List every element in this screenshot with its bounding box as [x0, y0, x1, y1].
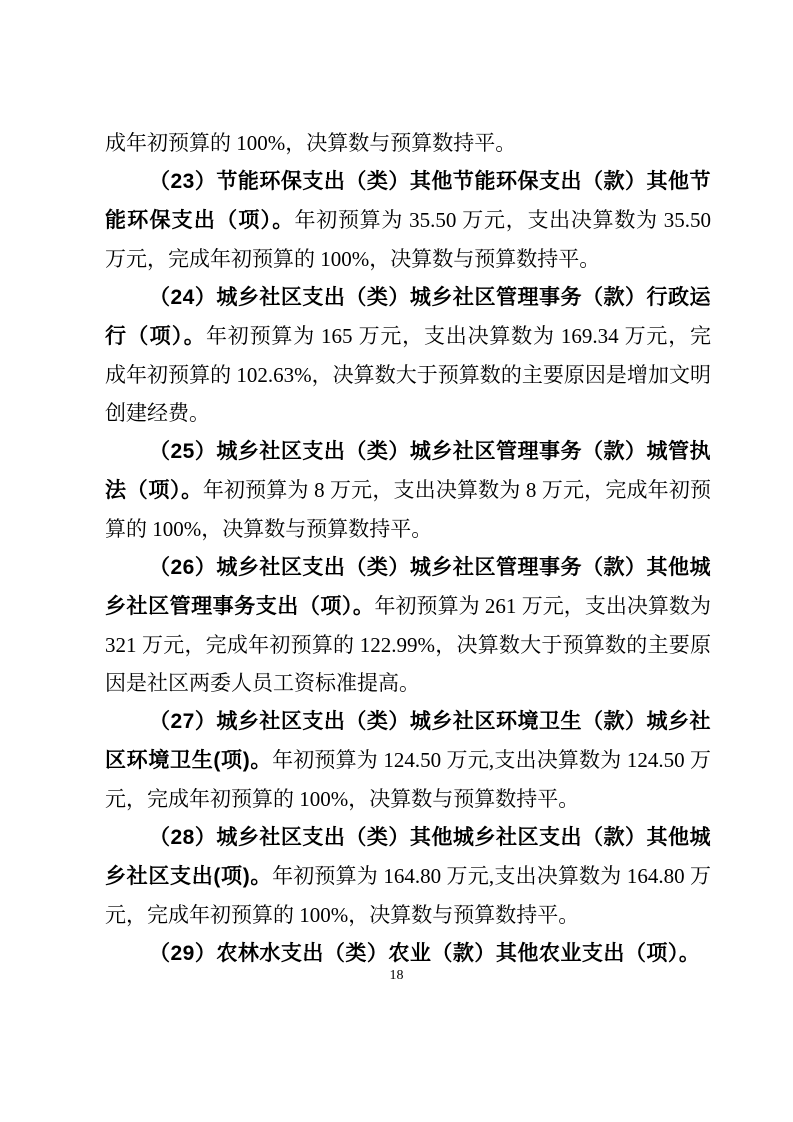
paragraph-continuation: 成年初预算的 100%，决算数与预算数持平。	[105, 124, 711, 162]
paragraph-item-27: （27）城乡社区支出（类）城乡社区环境卫生（款）城乡社区环境卫生(项)。年初预算…	[105, 702, 711, 818]
document-page: 成年初预算的 100%，决算数与预算数持平。 （23）节能环保支出（类）其他节能…	[0, 0, 793, 1122]
document-body: 成年初预算的 100%，决算数与预算数持平。 （23）节能环保支出（类）其他节能…	[105, 124, 711, 973]
page-number: 18	[0, 968, 793, 984]
paragraph-item-23: （23）节能环保支出（类）其他节能环保支出（款）其他节能环保支出（项）。年初预算…	[105, 162, 711, 278]
paragraph-item-26: （26）城乡社区支出（类）城乡社区管理事务（款）其他城乡社区管理事务支出（项）。…	[105, 548, 711, 702]
item-29-heading: （29）农林水支出（类）农业（款）其他农业支出（项）。	[149, 942, 700, 965]
paragraph-item-28: （28）城乡社区支出（类）其他城乡社区支出（款）其他城乡社区支出(项)。年初预算…	[105, 818, 711, 934]
paragraph-item-24: （24）城乡社区支出（类）城乡社区管理事务（款）行政运行（项）。年初预算为 16…	[105, 278, 711, 432]
paragraph-item-25: （25）城乡社区支出（类）城乡社区管理事务（款）城管执法（项）。年初预算为 8 …	[105, 432, 711, 548]
paragraph-text: 成年初预算的 100%，决算数与预算数持平。	[105, 131, 516, 155]
